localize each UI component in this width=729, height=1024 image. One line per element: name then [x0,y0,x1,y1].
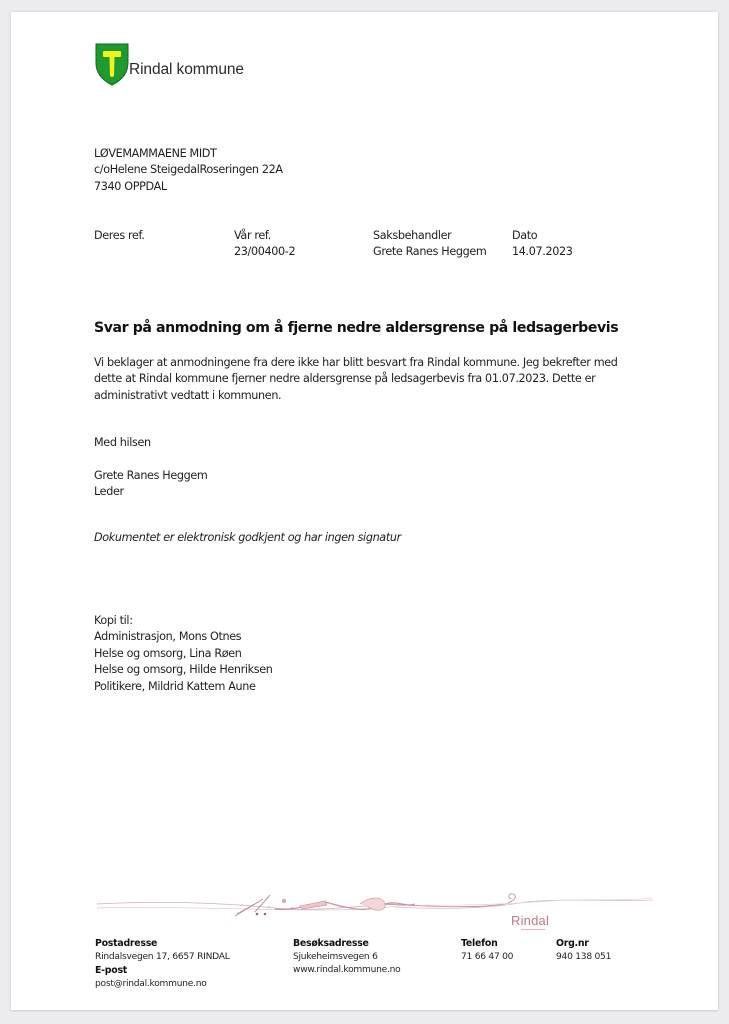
electronic-signature-note: Dokumentet er elektronisk godkjent og ha… [94,530,401,546]
signer-block: Grete Ranes Heggem Leder [94,468,207,501]
website-link[interactable]: www.rindal.kommune.no [293,964,400,978]
copy-recipient: Politikere, Mildrid Kattem Aune [94,679,273,695]
body-line: Vi beklager at anmodningene fra dere ikk… [94,355,654,371]
deres-ref-label: Deres ref. [94,228,145,244]
copy-to-list: Kopi til: Administrasjon, Mons Otnes Hel… [94,613,273,695]
var-ref-value: 23/00400-2 [234,244,295,260]
footer-orgnr: Org.nr 940 138 051 [556,937,611,964]
saksbehandler: Saksbehandler Grete Ranes Heggem [373,228,486,261]
letter-title: Svar på anmodning om å fjerne nedre alde… [94,320,618,336]
rindal-brand-mark: Rindal [511,913,549,928]
var-ref: Vår ref. 23/00400-2 [234,228,295,261]
coat-of-arms-shield-icon [95,43,129,86]
footer-postadresse: Postadresse Rindalsvegen 17, 6657 RINDAL… [95,937,230,991]
signer-name: Grete Ranes Heggem [94,468,207,484]
recipient-line: LØVEMAMMAENE MIDT [94,146,283,162]
telefon-value: 71 66 47 00 [461,951,513,965]
deres-ref: Deres ref. [94,228,145,244]
epost-link[interactable]: post@rindal.kommune.no [95,978,230,992]
saksbehandler-label: Saksbehandler [373,228,486,244]
besoksadresse-label: Besøksadresse [293,937,400,951]
saksbehandler-value: Grete Ranes Heggem [373,244,486,260]
epost-label: E-post [95,964,230,978]
body-line: dette at Rindal kommune fjerner nedre al… [94,371,654,387]
postadresse-label: Postadresse [95,937,230,951]
organization-name: Rindal kommune [129,61,244,79]
copy-recipient: Administrasjon, Mons Otnes [94,629,273,645]
letter-body: Vi beklager at anmodningene fra dere ikk… [94,355,654,404]
copy-to-label: Kopi til: [94,613,273,629]
var-ref-label: Vår ref. [234,228,295,244]
dato-value: 14.07.2023 [512,244,573,260]
letter-page: Rindal kommune LØVEMAMMAENE MIDT c/oHele… [11,12,718,1010]
footer-telefon: Telefon 71 66 47 00 [461,937,513,964]
signer-title: Leder [94,484,207,500]
dato-label: Dato [512,228,573,244]
recipient-address: LØVEMAMMAENE MIDT c/oHelene SteigedalRos… [94,146,283,195]
greeting: Med hilsen [94,435,151,451]
orgnr-label: Org.nr [556,937,611,951]
telefon-label: Telefon [461,937,513,951]
copy-recipient: Helse og omsorg, Lina Røen [94,646,273,662]
decorative-ribbon-ornament [95,884,655,932]
besoksadresse-street: Sjukeheimsvegen 6 [293,951,400,965]
footer-besoksadresse: Besøksadresse Sjukeheimsvegen 6 www.rind… [293,937,400,978]
brand-tagline-decoration [521,929,545,930]
orgnr-value: 940 138 051 [556,951,611,965]
dato: Dato 14.07.2023 [512,228,573,261]
copy-recipient: Helse og omsorg, Hilde Henriksen [94,662,273,678]
recipient-line: c/oHelene SteigedalRoseringen 22A [94,162,283,178]
body-line: administrativt vedtatt i kommunen. [94,388,654,404]
postadresse-value: Rindalsvegen 17, 6657 RINDAL [95,951,230,965]
recipient-line: 7340 OPPDAL [94,179,283,195]
